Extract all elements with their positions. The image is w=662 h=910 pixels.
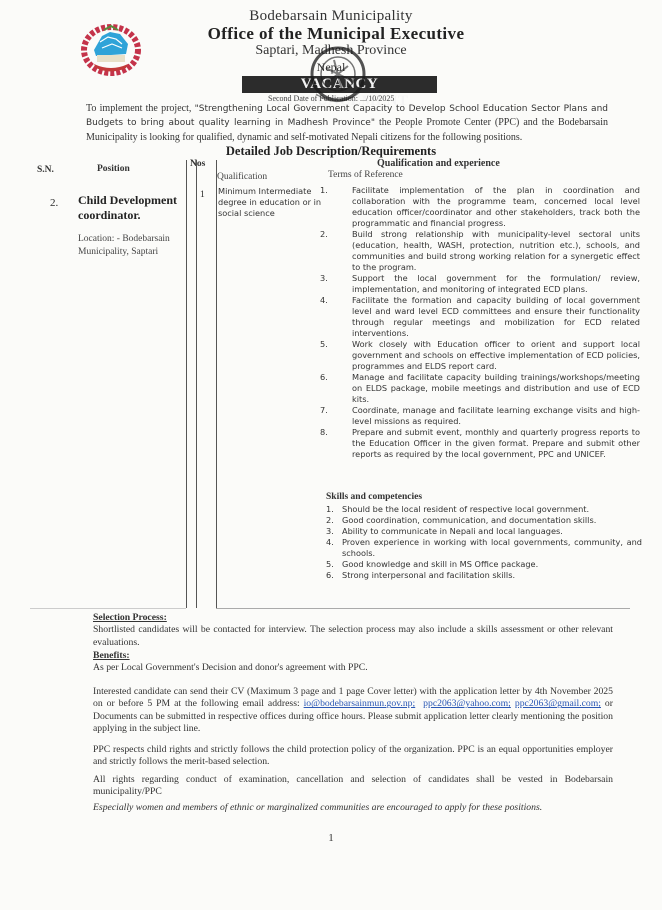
skill-item-number: 5. <box>326 559 342 570</box>
table-bottom-border <box>30 608 186 609</box>
skill-item: 3.Ability to communicate in Nepali and l… <box>326 526 642 537</box>
skill-item: 4.Proven experience in working with loca… <box>326 537 642 559</box>
benefits-section: Benefits: As per Local Government's Deci… <box>93 650 613 675</box>
skill-item-text: Strong interpersonal and facilitation sk… <box>342 570 642 581</box>
tor-item-number: 6. <box>320 372 352 405</box>
section-title: Detailed Job Description/Requirements <box>0 144 662 159</box>
skill-item-number: 3. <box>326 526 342 537</box>
tor-item-text: Build strong relationship with municipal… <box>352 229 640 273</box>
skills-list: 1.Should be the local resident of respec… <box>326 504 642 581</box>
table-divider <box>196 160 197 608</box>
skill-item: 2.Good coordination, communication, and … <box>326 515 642 526</box>
header-terms-of-reference: Terms of Reference <box>328 170 403 180</box>
skill-item-text: Good coordination, communication, and do… <box>342 515 642 526</box>
table-divider <box>186 160 187 608</box>
table-bottom-border <box>216 608 630 609</box>
tor-item-text: Coordinate, manage and facilitate learni… <box>352 405 640 427</box>
skill-item-number: 2. <box>326 515 342 526</box>
tor-item: 1.Facilitate implementation of the plan … <box>320 185 640 229</box>
position-title: Child Development coordinator. <box>78 193 208 223</box>
document-page: Bodebarsain Municipality Office of the M… <box>0 0 662 910</box>
selection-process-text: Shortlisted candidates will be contacted… <box>93 624 613 647</box>
tor-item-number: 5. <box>320 339 352 372</box>
skill-item-text: Ability to communicate in Nepali and loc… <box>342 526 642 537</box>
encouragement-note: Especially women and members of ethnic o… <box>93 802 613 814</box>
skill-item: 5.Good knowledge and skill in MS Office … <box>326 559 642 570</box>
skills-section: Skills and competencies 1.Should be the … <box>326 492 642 581</box>
email-link-gmail[interactable]: ppc2063@gmail.com; <box>515 698 601 709</box>
row-serial-number: 2. <box>50 197 58 209</box>
skill-item-text: Should be the local resident of respecti… <box>342 504 642 515</box>
email-link-io[interactable]: io@bodebarsainmun.gov.np; <box>304 698 416 709</box>
table-divider <box>216 160 217 608</box>
skill-item-number: 6. <box>326 570 342 581</box>
tor-item-number: 2. <box>320 229 352 273</box>
rights-paragraph: All rights regarding conduct of examinat… <box>93 774 613 799</box>
municipality-name: Bodebarsain Municipality <box>0 8 662 25</box>
tor-item-number: 4. <box>320 295 352 339</box>
header-qualification: Qualification <box>217 172 267 182</box>
tor-item-text: Prepare and submit event, monthly and qu… <box>352 427 640 460</box>
header-position: Position <box>97 164 130 174</box>
tor-item-text: Support the local government for the for… <box>352 273 640 295</box>
positions-count: 1 <box>200 190 205 200</box>
page-number: 1 <box>0 832 662 844</box>
tor-item: 5.Work closely with Education officer to… <box>320 339 640 372</box>
tor-item-number: 3. <box>320 273 352 295</box>
selection-process-label: Selection Process: <box>93 612 613 624</box>
tor-item-number: 1. <box>320 185 352 229</box>
application-instructions: Interested candidate can send their CV (… <box>93 686 613 736</box>
benefits-text: As per Local Government's Decision and d… <box>93 662 368 673</box>
position-location: Location: - Bodebarsain Municipality, Sa… <box>78 233 208 259</box>
skill-item-text: Proven experience in working with local … <box>342 537 642 559</box>
tor-item: 2.Build strong relationship with municip… <box>320 229 640 273</box>
skill-item: 1.Should be the local resident of respec… <box>326 504 642 515</box>
tor-item-number: 7. <box>320 405 352 427</box>
skills-title: Skills and competencies <box>326 492 642 503</box>
skill-item-number: 1. <box>326 504 342 515</box>
tor-item-text: Manage and facilitate capacity building … <box>352 372 640 405</box>
tor-item: 7.Coordinate, manage and facilitate lear… <box>320 405 640 427</box>
tor-item-number: 8. <box>320 427 352 460</box>
terms-of-reference-list: 1.Facilitate implementation of the plan … <box>320 185 640 460</box>
skill-item-number: 4. <box>326 537 342 559</box>
qualification-text: Minimum Intermediate degree in education… <box>218 186 336 219</box>
tor-item: 3.Support the local government for the f… <box>320 273 640 295</box>
header-sn: S.N. <box>37 165 54 175</box>
header-nos: Nos <box>190 159 205 169</box>
header-qualification-experience: Qualification and experience <box>377 158 500 169</box>
benefits-label: Benefits: <box>93 650 613 662</box>
tor-item: 8.Prepare and submit event, monthly and … <box>320 427 640 460</box>
email-link-yahoo[interactable]: ppc2063@yahoo.com; <box>423 698 511 709</box>
tor-item-text: Work closely with Education officer to o… <box>352 339 640 372</box>
skill-item: 6.Strong interpersonal and facilitation … <box>326 570 642 581</box>
tor-item: 4.Facilitate the formation and capacity … <box>320 295 640 339</box>
tor-item: 6.Manage and facilitate capacity buildin… <box>320 372 640 405</box>
policy-paragraph: PPC respects child rights and strictly f… <box>93 744 613 769</box>
tor-item-text: Facilitate the formation and capacity bu… <box>352 295 640 339</box>
selection-process-section: Selection Process: Shortlisted candidate… <box>93 612 613 649</box>
intro-paragraph: To implement the project, "Strengthening… <box>86 102 608 144</box>
tor-item-text: Facilitate implementation of the plan in… <box>352 185 640 229</box>
skill-item-text: Good knowledge and skill in MS Office pa… <box>342 559 642 570</box>
